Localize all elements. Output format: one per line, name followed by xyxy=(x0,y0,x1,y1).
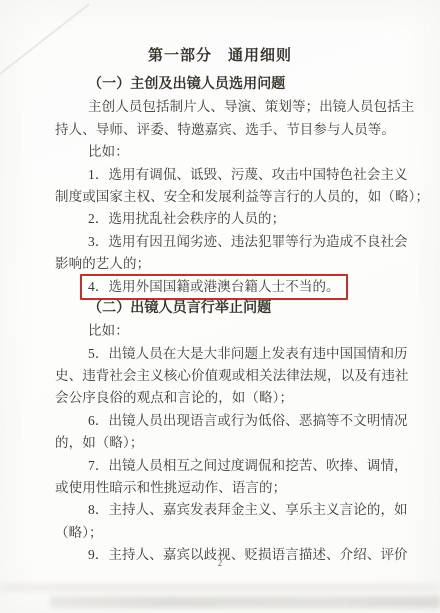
body-line: （略）； xyxy=(0,522,440,544)
document-title: 第一部分 通用细则 xyxy=(0,44,440,65)
page-number: 2 xyxy=(0,558,440,568)
document-body: （一）主创及出镜人员选用问题主创人员包括制片人、导演、策划等；出镜人员包括主持人… xyxy=(0,74,440,567)
body-line: 8．主持人、嘉宾发表拜金主义、享乐主义言论的，如 xyxy=(0,499,440,521)
body-line: 持人、导师、评委、特邀嘉宾、选手、节目参与人员等。 xyxy=(0,119,440,141)
body-line: 或使用性暗示和性挑逗动作、语言的； xyxy=(0,477,440,499)
body-line: 比如： xyxy=(0,141,440,163)
scanned-document-page: 第一部分 通用细则 （一）主创及出镜人员选用问题主创人员包括制片人、导演、策划等… xyxy=(0,0,440,613)
body-line: 7．出镜人员相互之间过度调侃和挖苦、吹捧、调情， xyxy=(0,455,440,477)
body-line: 1．选用有调侃、诋毁、污蔑、攻击中国特色社会主义 xyxy=(0,164,440,186)
body-line: 影响的艺人的； xyxy=(0,253,440,275)
body-line: 主创人员包括制片人、导演、策划等；出镜人员包括主 xyxy=(0,96,440,118)
body-line: 的，如（略）； xyxy=(0,432,440,454)
highlighted-rule-text: 4．选用外国国籍或港澳台籍人士不当的。 xyxy=(88,279,340,294)
page-corner-artifact xyxy=(0,3,90,78)
body-line: 3．选用有因丑闻劣迹、违法犯罪等行为造成不良社会 xyxy=(0,231,440,253)
scan-blur-strip xyxy=(50,596,440,608)
body-line: 5．出镜人员在大是大非问题上发表有违中国国情和历 xyxy=(0,343,440,365)
highlighted-rule: 4．选用外国国籍或港澳台籍人士不当的。 xyxy=(0,276,440,298)
red-highlight-box: 4．选用外国国籍或港澳台籍人士不当的。 xyxy=(80,274,348,300)
section-heading: （一）主创及出镜人员选用问题 xyxy=(0,74,440,96)
body-line: 2．选用扰乱社会秩序的人员的； xyxy=(0,208,440,230)
section-heading: （二）出镜人员言行举止问题 xyxy=(0,298,440,320)
body-line: 史、违背社会主义核心价值观或相关法律法规，以及有违社 xyxy=(0,365,440,387)
body-line: 比如： xyxy=(0,320,440,342)
body-line: 6．出镜人员出现语言或行为低俗、恶搞等不文明情况 xyxy=(0,410,440,432)
body-line: 制度或国家主权、安全和发展利益等言行的人员的，如（略）； xyxy=(0,186,440,208)
scan-blur-strip xyxy=(0,583,440,592)
body-line: 会公序良俗的观点和言论的，如（略）； xyxy=(0,387,440,409)
